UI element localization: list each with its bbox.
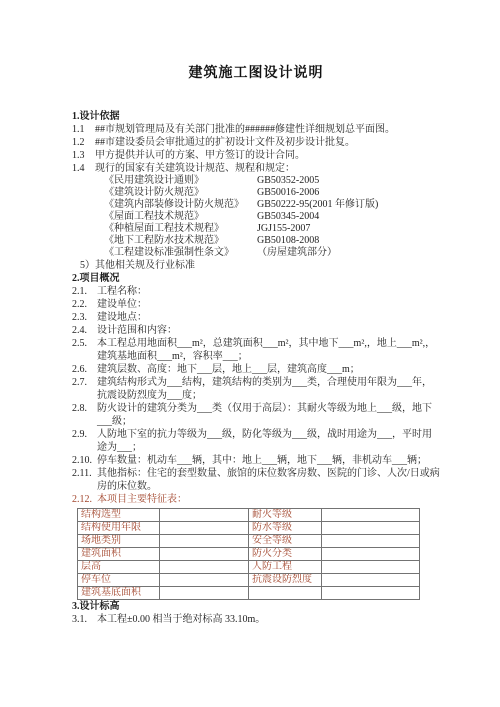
standard-code: GB50345-2004: [257, 211, 440, 223]
table-cell-value: [322, 509, 420, 522]
table-cell-label: 防火分类: [249, 548, 322, 561]
table-cell-label: 停车位: [78, 574, 160, 587]
clause-text: ##市建设委员会审批通过的扩初设计文件及初步设计批复。: [95, 136, 440, 149]
clause-number: 2.7.: [72, 376, 97, 402]
table-cell-value: [160, 587, 249, 600]
clause-text: 建筑结构形式为___结构，建筑结构的类别为___类，合理使用年限为___年，抗震…: [97, 376, 440, 402]
clause-number: 2.9.: [72, 428, 97, 454]
table-row: 场地类别 安全等级: [78, 535, 420, 548]
clause-2-11: 2.11. 其他指标：住宅的套型数量、旅馆的床位数客房数、医院的门诊、人次/日或…: [72, 467, 440, 493]
clause-text: 其他指标：住宅的套型数量、旅馆的床位数客房数、医院的门诊、人次/日或病房的床位数…: [97, 467, 440, 493]
doc-title: 建筑施工图设计说明: [72, 64, 440, 84]
clause-2-12: 2.12. 本项目主要特征表：: [72, 493, 440, 506]
clause-text: 建设地点：: [97, 311, 440, 324]
table-cell-label: 防水等级: [249, 522, 322, 535]
clause-1-1: 1.1 ##市规划管理局及有关部门批准的######修建性详细规划总平面图。: [72, 123, 440, 136]
table-cell-label: 结构使用年限: [78, 522, 160, 535]
standard-row: 《民用建筑设计通则》 GB50352-2005: [72, 175, 440, 187]
clause-number: 2.1.: [72, 285, 97, 298]
table-cell-value: [160, 535, 249, 548]
standard-name: 《建筑内部装修设计防火规范》: [104, 199, 257, 211]
clause-number: 2.5.: [72, 337, 97, 363]
section2-heading: 2.项目概况: [72, 272, 440, 285]
clause-2-1: 2.1. 工程名称：: [72, 285, 440, 298]
clause-2-9: 2.9. 人防地下室的抗力等级为___级，防化等级为___级，战时用途为___，…: [72, 428, 440, 454]
clause-text: 本工程总用地面积___m²，总建筑面积___m²，其中地下___m²,，地上__…: [97, 337, 440, 363]
table-cell-label: 建筑面积: [78, 548, 160, 561]
clause-text: 工程名称：: [97, 285, 440, 298]
clause-number: 2.11.: [72, 467, 97, 493]
clause-text: 甲方提供并认可的方案、甲方签订的设计合同。: [95, 149, 440, 162]
table-cell-value: [322, 574, 420, 587]
section3-heading: 3.设计标高: [72, 600, 440, 613]
table-cell-value: [160, 574, 249, 587]
clause-text: 本工程±0.00 相当于绝对标高 33.10m。: [97, 613, 440, 626]
table-row: 结构选型 耐火等级: [78, 509, 420, 522]
standard-code: GB50108-2008: [257, 235, 440, 247]
standard-name: 《工程建设标准强制性条文》: [104, 247, 257, 259]
standard-code: GB50222-95(2001 年修订版): [257, 199, 440, 211]
standard-row: 《工程建设标准强制性条文》 （房屋建筑部分）: [72, 247, 440, 259]
standard-code: （房屋建筑部分）: [257, 247, 440, 259]
clause-2-7: 2.7. 建筑结构形式为___结构，建筑结构的类别为___类，合理使用年限为__…: [72, 376, 440, 402]
table-row: 停车位 抗震设防烈度: [78, 574, 420, 587]
table-cell-value: [160, 561, 249, 574]
table-row: 层高 人防工程: [78, 561, 420, 574]
clause-text: ##市规划管理局及有关部门批准的######修建性详细规划总平面图。: [95, 123, 440, 136]
standard-code: JGJ155-2007: [257, 223, 440, 235]
clause-number: 3.1.: [72, 613, 97, 626]
clause-text: 建筑层数、高度：地下___层，地上___层，建筑高度___m；: [97, 363, 440, 376]
table-cell-value: [322, 522, 420, 535]
table-cell-label: 人防工程: [249, 561, 322, 574]
clause-number: 1.4: [72, 162, 95, 175]
clause-text: 本项目主要特征表：: [97, 493, 440, 506]
clause-number: 2.12.: [72, 493, 97, 506]
standard-row: 《屋面工程技术规范》 GB50345-2004: [72, 211, 440, 223]
clause-number: 2.4.: [72, 324, 97, 337]
standard-row: 《地下工程防水技术规范》 GB50108-2008: [72, 235, 440, 247]
table-cell-label: 安全等级: [249, 535, 322, 548]
standard-code: GB50016-2006: [257, 187, 440, 199]
table-cell-value: [322, 548, 420, 561]
clause-text: 防火设计的建筑分类为___类（仅用于高层）：其耐火等级为地上___级，地下___…: [97, 402, 440, 428]
feature-table: 结构选型 耐火等级 结构使用年限 防水等级 场地类别 安全等级 建筑面积 防火分…: [77, 508, 420, 600]
clause-2-4: 2.4. 设计范围和内容：: [72, 324, 440, 337]
clause-number: 2.8.: [72, 402, 97, 428]
table-cell-label: 结构选型: [78, 509, 160, 522]
section1-heading: 1.设计依据: [72, 110, 440, 123]
clause-2-10: 2.10. 停车数量：机动车___辆，其中：地上___辆，地下___辆，非机动车…: [72, 454, 440, 467]
clause-number: 1.1: [72, 123, 95, 136]
other-standards-line: 5）其他相关规及行业标准: [72, 259, 440, 272]
standard-name: 《屋面工程技术规范》: [104, 211, 257, 223]
table-cell-value: [160, 548, 249, 561]
clause-number: 2.2.: [72, 298, 97, 311]
table-row: 建筑基底面积: [78, 587, 420, 600]
clause-number: 2.10.: [72, 454, 97, 467]
standard-row: 《种植屋面工程技术规程》 JGJ155-2007: [72, 223, 440, 235]
standard-name: 《地下工程防水技术规范》: [104, 235, 257, 247]
table-cell-label: 建筑基底面积: [78, 587, 160, 600]
clause-number: 2.6.: [72, 363, 97, 376]
table-cell-label: [249, 587, 322, 600]
clause-number: 1.3: [72, 149, 95, 162]
table-row: 建筑面积 防火分类: [78, 548, 420, 561]
table-row: 结构使用年限 防水等级: [78, 522, 420, 535]
clause-text: 人防地下室的抗力等级为___级，防化等级为___级，战时用途为___，平时用途为…: [97, 428, 440, 454]
clause-text: 设计范围和内容：: [97, 324, 440, 337]
table-cell-value: [322, 587, 420, 600]
table-cell-label: 耐火等级: [249, 509, 322, 522]
clause-2-5: 2.5. 本工程总用地面积___m²，总建筑面积___m²，其中地下___m²,…: [72, 337, 440, 363]
standard-row: 《建筑内部装修设计防火规范》 GB50222-95(2001 年修订版): [72, 199, 440, 211]
clause-2-3: 2.3. 建设地点：: [72, 311, 440, 324]
table-cell-label: 抗震设防烈度: [249, 574, 322, 587]
clause-number: 2.3.: [72, 311, 97, 324]
clause-text: 停车数量：机动车___辆，其中：地上___辆，地下___辆，非机动车___辆；: [97, 454, 440, 467]
standard-name: 《建筑设计防火规范》: [104, 187, 257, 199]
standard-row: 《建筑设计防火规范》 GB50016-2006: [72, 187, 440, 199]
document-page: 建筑施工图设计说明 1.设计依据 1.1 ##市规划管理局及有关部门批准的###…: [0, 0, 500, 707]
clause-text: 现行的国家有关建筑设计规范、规程和规定：: [95, 162, 440, 175]
standard-name: 《种植屋面工程技术规程》: [104, 223, 257, 235]
clause-number: 1.2: [72, 136, 95, 149]
table-cell-label: 场地类别: [78, 535, 160, 548]
table-cell-value: [322, 535, 420, 548]
standard-name: 《民用建筑设计通则》: [104, 175, 257, 187]
standard-code: GB50352-2005: [257, 175, 440, 187]
clause-1-3: 1.3 甲方提供并认可的方案、甲方签订的设计合同。: [72, 149, 440, 162]
clause-2-2: 2.2. 建设单位：: [72, 298, 440, 311]
clause-1-2: 1.2 ##市建设委员会审批通过的扩初设计文件及初步设计批复。: [72, 136, 440, 149]
clause-2-6: 2.6. 建筑层数、高度：地下___层，地上___层，建筑高度___m；: [72, 363, 440, 376]
table-cell-label: 层高: [78, 561, 160, 574]
clause-text: 建设单位：: [97, 298, 440, 311]
clause-3-1: 3.1. 本工程±0.00 相当于绝对标高 33.10m。: [72, 613, 440, 626]
clause-1-4: 1.4 现行的国家有关建筑设计规范、规程和规定：: [72, 162, 440, 175]
table-cell-value: [322, 561, 420, 574]
table-cell-value: [160, 522, 249, 535]
clause-2-8: 2.8. 防火设计的建筑分类为___类（仅用于高层）：其耐火等级为地上___级，…: [72, 402, 440, 428]
table-cell-value: [160, 509, 249, 522]
